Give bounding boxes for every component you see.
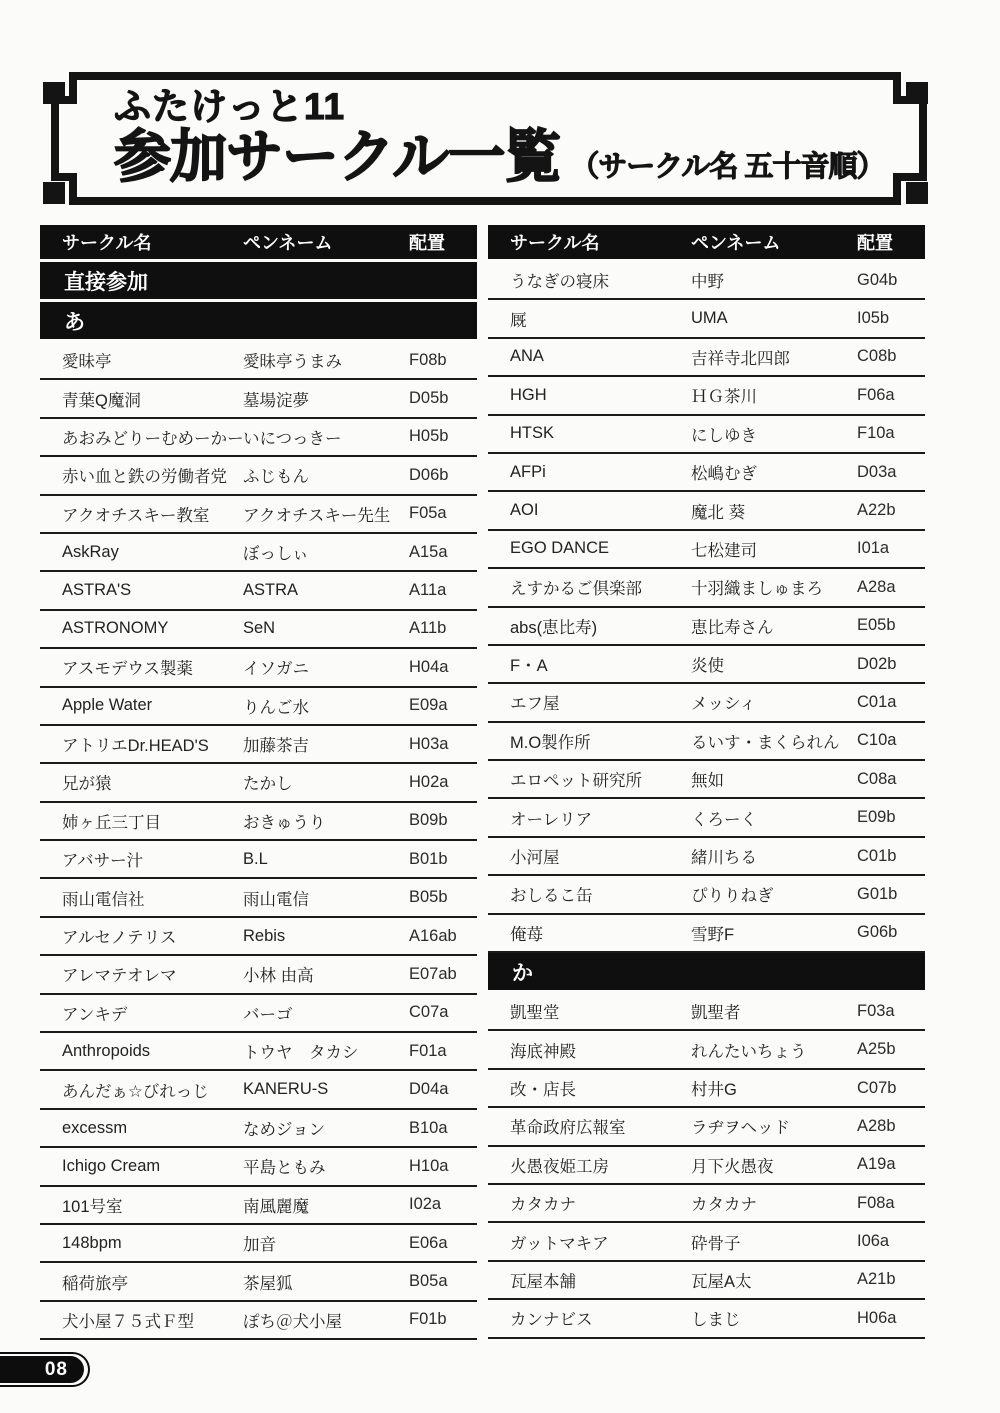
pen-name: れんたいちょう: [691, 1038, 857, 1062]
circle-name: ASTRONOMY: [62, 619, 243, 638]
circle-name: 赤い血と鉄の労働者党: [62, 463, 243, 487]
pen-name: イソガニ: [243, 655, 409, 679]
circle-name: Apple Water: [62, 696, 243, 715]
title-text: ふたけっと11 参加サークル一覧 （サークル名 五十音順）: [114, 88, 885, 186]
circle-name: エロペット研究所: [510, 767, 691, 791]
table-row: AOI魔北 葵A22b: [488, 492, 925, 530]
pen-name: KANERU-S: [243, 1080, 409, 1099]
pen-name: 瓦屋A太: [691, 1268, 857, 1292]
circle-name: アルセノテリス: [62, 924, 243, 948]
placement-code: C07b: [857, 1079, 925, 1098]
placement-code: C01a: [857, 693, 925, 712]
circle-name: F・A: [510, 652, 691, 676]
page-number: 08: [45, 1359, 68, 1381]
pen-name: 墓場淀夢: [243, 387, 409, 411]
placement-code: H10a: [409, 1157, 477, 1176]
placement-code: F01a: [409, 1042, 477, 1061]
circle-name: ANA: [510, 347, 691, 366]
header-circle-name: サークル名: [510, 229, 691, 255]
circle-name: 俺苺: [510, 921, 691, 945]
circle-name: 148bpm: [62, 1234, 243, 1253]
page-title: 参加サークル一覧: [114, 129, 560, 186]
pen-name: 中野: [691, 268, 857, 292]
table-row: HTSKにしゆきF10a: [488, 416, 925, 454]
pen-name: るいす・まくられん: [691, 729, 857, 753]
circle-name: EGO DANCE: [510, 539, 691, 558]
circle-name: 姉ヶ丘三丁目: [62, 809, 243, 833]
pen-name: なめジョン: [243, 1116, 409, 1140]
pen-name: りんご水: [243, 694, 409, 718]
circle-name: あおみどりーむめーかー: [62, 425, 243, 449]
circle-name: HGH: [510, 386, 691, 405]
placement-code: A15a: [409, 543, 477, 562]
circle-name: アンキデ: [62, 1001, 243, 1025]
placement-code: E09b: [857, 808, 925, 827]
pen-name: B.L: [243, 850, 409, 869]
circle-name: abs(恵比寿): [510, 614, 691, 638]
circle-name: カンナビス: [510, 1306, 691, 1330]
page-subtitle: （サークル名 五十音順）: [570, 153, 884, 182]
table-row: AFPi松嶋むぎD03a: [488, 454, 925, 492]
left-column-body: 直接参加あ愛昧亭愛昧亭うまみF08b青葉Q魔洞墓場淀夢D05bあおみどりーむめー…: [40, 262, 477, 1340]
circle-name: AFPi: [510, 463, 691, 482]
placement-code: G04b: [857, 271, 925, 290]
placement-code: H03a: [409, 735, 477, 754]
table-row: 兄が猿たかしH02a: [40, 764, 477, 802]
table-row: ガットマキア砕骨子I06a: [488, 1223, 925, 1261]
table-row: F・A炎使D02b: [488, 646, 925, 684]
pen-name: SeN: [243, 619, 409, 638]
circle-name: 凱聖堂: [510, 999, 691, 1023]
circle-name: Anthropoids: [62, 1042, 243, 1061]
table-row: 凱聖堂凱聖者F03a: [488, 993, 925, 1031]
pen-name: バーゴ: [243, 1001, 409, 1025]
table-row: アバサー汁B.LB01b: [40, 841, 477, 879]
pen-name: たかし: [243, 770, 409, 794]
circle-name: 小河屋: [510, 844, 691, 868]
table-row: エフ屋メッシィC01a: [488, 684, 925, 722]
table-row: excessmなめジョンB10a: [40, 1110, 477, 1148]
table-row: アクオチスキー教室アクオチスキー先生F05a: [40, 496, 477, 534]
table-row: 稲荷旅亭茶屋狐B05a: [40, 1263, 477, 1301]
placement-code: A11a: [409, 581, 477, 600]
table-row: Ichigo Cream平島ともみH10a: [40, 1148, 477, 1186]
circle-name: 稲荷旅亭: [62, 1270, 243, 1294]
placement-code: B01b: [409, 850, 477, 869]
pen-name: 吉祥寺北四郎: [691, 345, 857, 369]
page-number-badge: 08: [0, 1356, 84, 1383]
table-row: 148bpm加音E06a: [40, 1225, 477, 1263]
table-row: abs(恵比寿)恵比寿さんE05b: [488, 608, 925, 646]
placement-code: F06a: [857, 386, 925, 405]
placement-code: F03a: [857, 1002, 925, 1021]
placement-code: E07ab: [409, 965, 477, 984]
pen-name: ぴりりねぎ: [691, 882, 857, 906]
pen-name: 十羽織ましゅまろ: [691, 575, 857, 599]
circle-name: あんだぁ☆びれっじ: [62, 1078, 243, 1102]
pen-name: Rebis: [243, 927, 409, 946]
placement-code: C10a: [857, 731, 925, 750]
table-row: 青葉Q魔洞墓場淀夢D05b: [40, 380, 477, 418]
table-row: Anthropoidsトウヤ タカシF01a: [40, 1033, 477, 1071]
placement-code: D03a: [857, 463, 925, 482]
table-row: えすかるご倶楽部十羽織ましゅまろA28a: [488, 569, 925, 607]
placement-code: C07a: [409, 1003, 477, 1022]
table-row: 革命政府広報室ラヂヲヘッドA28b: [488, 1108, 925, 1146]
placement-code: A28a: [857, 578, 925, 597]
title-banner: ふたけっと11 参加サークル一覧 （サークル名 五十音順）: [40, 70, 930, 207]
event-name: ふたけっと11: [114, 88, 885, 127]
circle-name: excessm: [62, 1119, 243, 1138]
pen-name: 村井G: [691, 1076, 857, 1100]
pen-name: 加藤茶吉: [243, 732, 409, 756]
circle-name: おしるこ缶: [510, 882, 691, 906]
placement-code: A28b: [857, 1117, 925, 1136]
placement-code: C08b: [857, 347, 925, 366]
corner-square-bottom-left: [43, 182, 65, 204]
placement-code: E05b: [857, 616, 925, 635]
section-label: 直接参加: [64, 266, 148, 296]
circle-name: カタカナ: [510, 1191, 691, 1215]
circle-name: ガットマキア: [510, 1230, 691, 1254]
pen-name: カタカナ: [691, 1191, 857, 1215]
circle-name: 101号室: [62, 1193, 243, 1217]
placement-code: F10a: [857, 424, 925, 443]
column-header: サークル名 ペンネーム 配置: [40, 225, 477, 259]
pen-name: 月下火愚夜: [691, 1153, 857, 1177]
circle-name: オーレリア: [510, 806, 691, 830]
left-column: サークル名 ペンネーム 配置 直接参加あ愛昧亭愛昧亭うまみF08b青葉Q魔洞墓場…: [40, 225, 477, 1340]
column-header: サークル名 ペンネーム 配置: [488, 225, 925, 259]
table-row: 姉ヶ丘三丁目おきゅうりB09b: [40, 803, 477, 841]
header-circle-name: サークル名: [62, 229, 243, 255]
placement-code: F08a: [857, 1194, 925, 1213]
pen-name: 炎使: [691, 652, 857, 676]
table-row: 赤い血と鉄の労働者党ふじもんD06b: [40, 457, 477, 495]
table-row: 雨山電信社雨山電信B05b: [40, 879, 477, 917]
right-column-body: うなぎの寝床中野G04b厩UMAI05bANA吉祥寺北四郎C08bHGHＨＧ茶川…: [488, 262, 925, 1339]
placement-code: H02a: [409, 773, 477, 792]
section-bar: あ: [40, 302, 477, 339]
table-row: あんだぁ☆びれっじKANERU-SD04a: [40, 1071, 477, 1109]
circle-name: 改・店長: [510, 1076, 691, 1100]
circle-name: M.O製作所: [510, 729, 691, 753]
section-bar: 直接参加: [40, 262, 477, 299]
table-row: アルセノテリスRebisA16ab: [40, 918, 477, 956]
placement-code: G01b: [857, 885, 925, 904]
placement-code: B09b: [409, 811, 477, 830]
circle-name: HTSK: [510, 424, 691, 443]
section-label: か: [512, 957, 533, 987]
table-row: 俺苺雪野FG06b: [488, 915, 925, 953]
circle-name: アクオチスキー教室: [62, 502, 243, 526]
placement-code: C08a: [857, 770, 925, 789]
table-row: 海底神殿れんたいちょうA25b: [488, 1031, 925, 1069]
placement-code: E09a: [409, 696, 477, 715]
pen-name: トウヤ タカシ: [243, 1039, 409, 1063]
pen-name: 小林 由高: [243, 962, 409, 986]
pen-name: 七松建司: [691, 537, 857, 561]
pen-name: 南風麗魔: [243, 1193, 409, 1217]
circle-name: えすかるご倶楽部: [510, 575, 691, 599]
right-column: サークル名 ペンネーム 配置 うなぎの寝床中野G04b厩UMAI05bANA吉祥…: [488, 225, 925, 1339]
circle-name: 愛昧亭: [62, 348, 243, 372]
circle-name: Ichigo Cream: [62, 1157, 243, 1176]
circle-name: うなぎの寝床: [510, 268, 691, 292]
placement-code: F05a: [409, 504, 477, 523]
pen-name: にしゆき: [691, 422, 857, 446]
placement-code: F08b: [409, 351, 477, 370]
circle-name: AOI: [510, 501, 691, 520]
table-row: ASTRA'SASTRAA11a: [40, 572, 477, 610]
placement-code: D06b: [409, 466, 477, 485]
circle-name: 厩: [510, 307, 691, 331]
pen-name: 魔北 葵: [691, 499, 857, 523]
table-row: 犬小屋７５式Ｆ型ぽち＠犬小屋F01b: [40, 1302, 477, 1340]
circle-name: 青葉Q魔洞: [62, 387, 243, 411]
placement-code: A22b: [857, 501, 925, 520]
pen-name: 愛昧亭うまみ: [243, 348, 409, 372]
circle-name: AskRay: [62, 543, 243, 562]
placement-code: H04a: [409, 658, 477, 677]
table-row: アスモデウス製薬イソガニH04a: [40, 649, 477, 687]
placement-code: I02a: [409, 1195, 477, 1214]
corner-square-top-right: [906, 82, 928, 104]
header-pen-name: ペンネーム: [691, 229, 857, 255]
circle-name: エフ屋: [510, 690, 691, 714]
pen-name: 凱聖者: [691, 999, 857, 1023]
table-row: Apple Waterりんご水E09a: [40, 688, 477, 726]
circle-name: 犬小屋７５式Ｆ型: [62, 1308, 243, 1332]
pen-name: メッシィ: [691, 690, 857, 714]
table-row: ANA吉祥寺北四郎C08b: [488, 339, 925, 377]
header-placement: 配置: [409, 229, 477, 255]
section-label: あ: [64, 306, 85, 336]
circle-name: 雨山電信社: [62, 886, 243, 910]
table-row: アンキデバーゴC07a: [40, 995, 477, 1033]
table-row: M.O製作所るいす・まくられんC10a: [488, 723, 925, 761]
table-row: ASTRONOMYSeNA11b: [40, 611, 477, 649]
pen-name: ラヂヲヘッド: [691, 1114, 857, 1138]
pen-name: アクオチスキー先生: [243, 502, 409, 526]
table-row: 厩UMAI05b: [488, 300, 925, 338]
placement-code: A11b: [409, 619, 477, 638]
table-row: 愛昧亭愛昧亭うまみF08b: [40, 342, 477, 380]
header-pen-name: ペンネーム: [243, 229, 409, 255]
table-row: カタカナカタカナF08a: [488, 1185, 925, 1223]
placement-code: B05b: [409, 888, 477, 907]
circle-name: アトリエDr.HEAD'S: [62, 732, 243, 756]
placement-code: A19a: [857, 1155, 925, 1174]
placement-code: H05b: [409, 427, 477, 446]
table-row: EGO DANCE七松建司I01a: [488, 531, 925, 569]
placement-code: C01b: [857, 847, 925, 866]
pen-name: ふじもん: [243, 463, 409, 487]
table-row: AskRayぼっしぃA15a: [40, 534, 477, 572]
pen-name: ぼっしぃ: [243, 540, 409, 564]
pen-name: UMA: [691, 309, 857, 328]
placement-code: D04a: [409, 1080, 477, 1099]
circle-name: 兄が猿: [62, 770, 243, 794]
table-row: エロペット研究所無如C08a: [488, 761, 925, 799]
circle-name: アレマテオレマ: [62, 962, 243, 986]
placement-code: B05a: [409, 1272, 477, 1291]
circle-name: 火愚夜姫工房: [510, 1153, 691, 1177]
pen-name: 砕骨子: [691, 1230, 857, 1254]
pen-name: 加音: [243, 1231, 409, 1255]
pen-name: 平島ともみ: [243, 1154, 409, 1178]
placement-code: F01b: [409, 1310, 477, 1329]
placement-code: B10a: [409, 1119, 477, 1138]
pen-name: いにつっきー: [243, 425, 409, 449]
placement-code: H06a: [857, 1309, 925, 1328]
pen-name: 松嶋むぎ: [691, 460, 857, 484]
table-row: 改・店長村井GC07b: [488, 1070, 925, 1108]
table-row: 小河屋緒川ちるC01b: [488, 838, 925, 876]
circle-name: 海底神殿: [510, 1038, 691, 1062]
table-row: アレマテオレマ小林 由高E07ab: [40, 956, 477, 994]
corner-square-top-left: [43, 82, 65, 104]
corner-square-bottom-right: [906, 182, 928, 204]
placement-code: A25b: [857, 1040, 925, 1059]
table-row: カンナビスしまじH06a: [488, 1300, 925, 1338]
placement-code: A21b: [857, 1270, 925, 1289]
section-bar: か: [488, 953, 925, 990]
placement-code: I01a: [857, 539, 925, 558]
pen-name: 雨山電信: [243, 886, 409, 910]
pen-name: しまじ: [691, 1306, 857, 1330]
table-row: 瓦屋本舗瓦屋A太A21b: [488, 1262, 925, 1300]
placement-code: G06b: [857, 923, 925, 942]
circle-name: ASTRA'S: [62, 581, 243, 600]
header-placement: 配置: [857, 229, 925, 255]
placement-code: I05b: [857, 309, 925, 328]
pen-name: ＨＧ茶川: [691, 383, 857, 407]
table-row: 101号室南風麗魔I02a: [40, 1187, 477, 1225]
pen-name: 緒川ちる: [691, 844, 857, 868]
table-row: おしるこ缶ぴりりねぎG01b: [488, 876, 925, 914]
placement-code: E06a: [409, 1234, 477, 1253]
circle-name: アバサー汁: [62, 847, 243, 871]
placement-code: I06a: [857, 1232, 925, 1251]
placement-code: D02b: [857, 655, 925, 674]
table-row: オーレリアくろーくE09b: [488, 799, 925, 837]
pen-name: 無如: [691, 767, 857, 791]
circle-name: 瓦屋本舗: [510, 1268, 691, 1292]
pen-name: ASTRA: [243, 581, 409, 600]
pen-name: くろーく: [691, 806, 857, 830]
circle-name: 革命政府広報室: [510, 1114, 691, 1138]
table-row: あおみどりーむめーかーいにつっきーH05b: [40, 419, 477, 457]
circle-name: アスモデウス製薬: [62, 655, 243, 679]
placement-code: A16ab: [409, 927, 477, 946]
pen-name: ぽち＠犬小屋: [243, 1308, 409, 1332]
table-row: HGHＨＧ茶川F06a: [488, 377, 925, 415]
pen-name: 茶屋狐: [243, 1270, 409, 1294]
pen-name: 雪野F: [691, 921, 857, 945]
pen-name: 恵比寿さん: [691, 614, 857, 638]
table-row: うなぎの寝床中野G04b: [488, 262, 925, 300]
pen-name: おきゅうり: [243, 809, 409, 833]
table-row: アトリエDr.HEAD'S加藤茶吉H03a: [40, 726, 477, 764]
table-row: 火愚夜姫工房月下火愚夜A19a: [488, 1147, 925, 1185]
placement-code: D05b: [409, 389, 477, 408]
